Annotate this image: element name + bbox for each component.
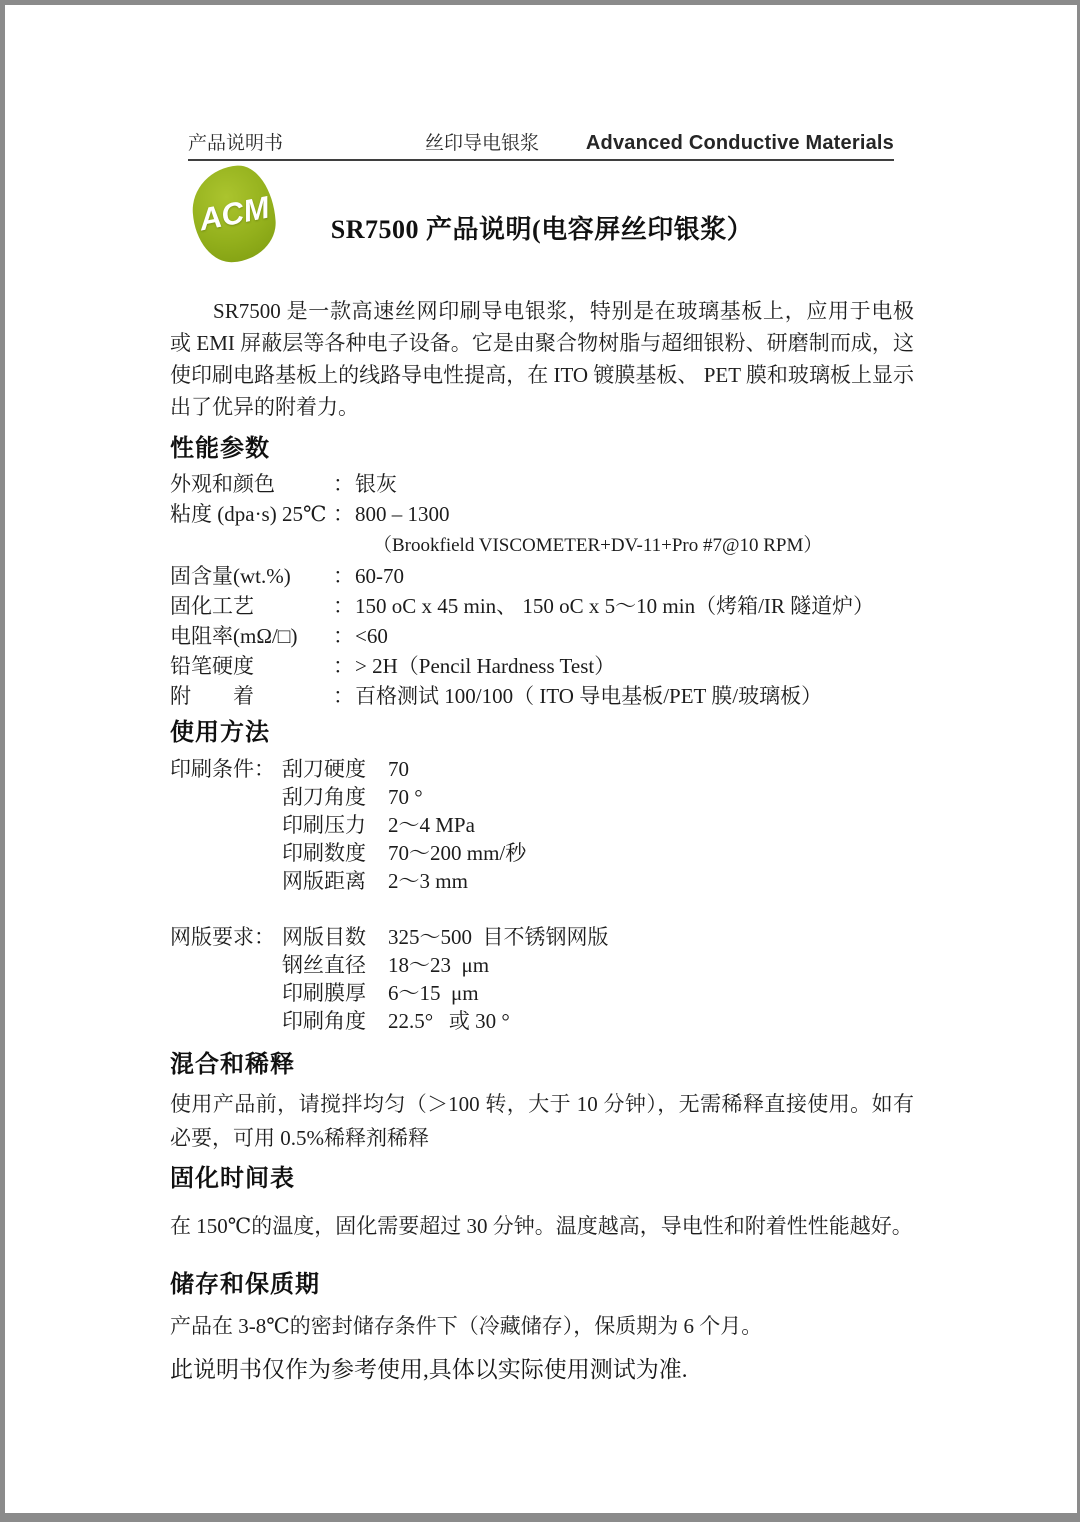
usage-group-printing-conditions: 印刷条件： 刮刀硬度 70 刮刀角度 70 ° 印刷压力 2～4 MPa [170,755,914,895]
spec-colon: ： [333,621,355,651]
page-title: SR7500 产品说明(电容屏丝印银浆） [170,161,914,246]
spec-colon: ： [333,561,355,591]
usage-row-wire-diameter: 钢丝直径 18～23 μm [282,951,914,979]
spec-colon: ： [333,499,355,561]
curing-paragraph: 在 150℃的温度，固化需要超过 30 分钟。温度越高，导电性和附着性性能越好。 [170,1209,914,1243]
acm-logo-text: ACM [196,190,272,239]
spec-colon: ： [333,591,355,621]
usage-rows: 网版目数 325～500 目不锈钢网版 钢丝直径 18～23 μm 印刷膜厚 6… [282,923,914,1035]
spec-value: 150 oC x 45 min、 150 oC x 5～10 min（烤箱/IR… [355,591,914,621]
spec-colon: ： [333,469,355,499]
usage-row-printing-speed: 印刷数度 70～200 mm/秒 [282,839,914,867]
usage-param-value: 70 [388,755,914,783]
spec-colon: ： [333,681,355,711]
page-content: 产品说明书 丝印导电银浆 Advanced Conductive Materia… [5,133,1077,1384]
performance-spec-list: 外观和颜色 ： 银灰 粘度 (dpa·s) 25℃ ： 800 – 1300（B… [170,469,914,711]
document-page: 产品说明书 丝印导电银浆 Advanced Conductive Materia… [5,5,1077,1513]
spec-row-appearance: 外观和颜色 ： 银灰 [170,469,914,499]
usage-row-squeegee-angle: 刮刀角度 70 ° [282,783,914,811]
spec-value: 60-70 [355,561,914,591]
usage-param-name: 刮刀角度 [282,783,388,811]
spec-label: 粘度 (dpa·s) 25℃ [170,499,333,561]
spec-value: 800 – 1300（Brookfield VISCOMETER+DV-11+P… [355,499,914,561]
spec-colon: ： [333,651,355,681]
usage-group-label: 印刷条件： [170,755,282,895]
spec-label: 外观和颜色 [170,469,333,499]
usage-row-film-thickness: 印刷膜厚 6～15 μm [282,979,914,1007]
spec-label: 固含量(wt.%) [170,561,333,591]
usage-row-printing-angle: 印刷角度 22.5° 或 30 ° [282,1007,914,1035]
spec-value: 银灰 [355,469,914,499]
header-company-name: Advanced Conductive Materials [586,132,894,155]
usage-rows: 刮刀硬度 70 刮刀角度 70 ° 印刷压力 2～4 MPa 印刷数度 70～2… [282,755,914,895]
spec-value: > 2H（Pencil Hardness Test） [355,651,914,681]
brand-row: ACM SR7500 产品说明(电容屏丝印银浆） [170,161,914,271]
header-product-category: 丝印导电银浆 [425,128,539,155]
mixing-paragraph: 使用产品前，请搅拌均匀（＞100 转，大于 10 分钟），无需稀释直接使用。如有… [170,1087,914,1155]
usage-param-name: 网版距离 [282,867,388,895]
section-heading-mixing: 混合和稀释 [170,1049,914,1079]
usage-param-value: 2～3 mm [388,867,914,895]
usage-param-name: 印刷数度 [282,839,388,867]
viewer-background: 产品说明书 丝印导电银浆 Advanced Conductive Materia… [0,0,1080,1522]
usage-param-value: 2～4 MPa [388,811,914,839]
usage-param-value: 325～500 目不锈钢网版 [388,923,914,951]
usage-param-value: 70 ° [388,783,914,811]
usage-param-name: 刮刀硬度 [282,755,388,783]
spec-value: 百格测试 100/100（ ITO 导电基板/PET 膜/玻璃板） [355,681,914,711]
usage-param-name: 钢丝直径 [282,951,388,979]
spec-row-pencil-hardness: 铅笔硬度 ： > 2H（Pencil Hardness Test） [170,651,914,681]
usage-group-screen-requirements: 网版要求： 网版目数 325～500 目不锈钢网版 钢丝直径 18～23 μm … [170,923,914,1035]
spec-value-main: 800 – 1300 [355,502,450,526]
usage-param-value: 18～23 μm [388,951,914,979]
disclaimer-note: 此说明书仅作为参考使用,具体以实际使用测试为准. [170,1351,914,1384]
spec-value-note: （Brookfield VISCOMETER+DV-11+Pro #7@10 R… [373,535,822,556]
usage-param-name: 印刷膜厚 [282,979,388,1007]
usage-row-squeegee-hardness: 刮刀硬度 70 [282,755,914,783]
spec-row-resistivity: 电阻率(mΩ/□) ： <60 [170,621,914,651]
section-heading-curing: 固化时间表 [170,1163,914,1193]
section-heading-storage: 储存和保质期 [170,1269,914,1299]
usage-param-value: 70～200 mm/秒 [388,839,914,867]
section-heading-usage: 使用方法 [170,717,914,747]
spec-label: 固化工艺 [170,591,333,621]
usage-param-name: 印刷压力 [282,811,388,839]
spec-value: <60 [355,621,914,651]
usage-param-name: 网版目数 [282,923,388,951]
spec-row-viscosity: 粘度 (dpa·s) 25℃ ： 800 – 1300（Brookfield V… [170,499,914,561]
storage-paragraph: 产品在 3-8℃的密封储存条件下（冷藏储存），保质期为 6 个月。 [170,1309,914,1343]
usage-param-name: 印刷角度 [282,1007,388,1035]
spec-row-solid-content: 固含量(wt.%) ： 60-70 [170,561,914,591]
spec-label: 铅笔硬度 [170,651,333,681]
spec-label: 电阻率(mΩ/□) [170,621,333,651]
intro-paragraph: SR7500 是一款高速丝网印刷导电银浆，特别是在玻璃基板上，应用于电极或 EM… [170,295,914,423]
usage-row-printing-pressure: 印刷压力 2～4 MPa [282,811,914,839]
spec-row-curing-process: 固化工艺 ： 150 oC x 45 min、 150 oC x 5～10 mi… [170,591,914,621]
usage-row-screen-distance: 网版距离 2～3 mm [282,867,914,895]
spec-label: 附 着 [170,681,333,711]
spec-row-adhesion: 附 着 ： 百格测试 100/100（ ITO 导电基板/PET 膜/玻璃板） [170,681,914,711]
usage-group-label: 网版要求： [170,923,282,1035]
header-doc-type: 产品说明书 [188,128,283,155]
usage-row-mesh-count: 网版目数 325～500 目不锈钢网版 [282,923,914,951]
usage-param-value: 22.5° 或 30 ° [388,1007,914,1035]
usage-param-value: 6～15 μm [388,979,914,1007]
document-header: 产品说明书 丝印导电银浆 Advanced Conductive Materia… [188,133,894,161]
section-heading-performance: 性能参数 [170,433,914,463]
